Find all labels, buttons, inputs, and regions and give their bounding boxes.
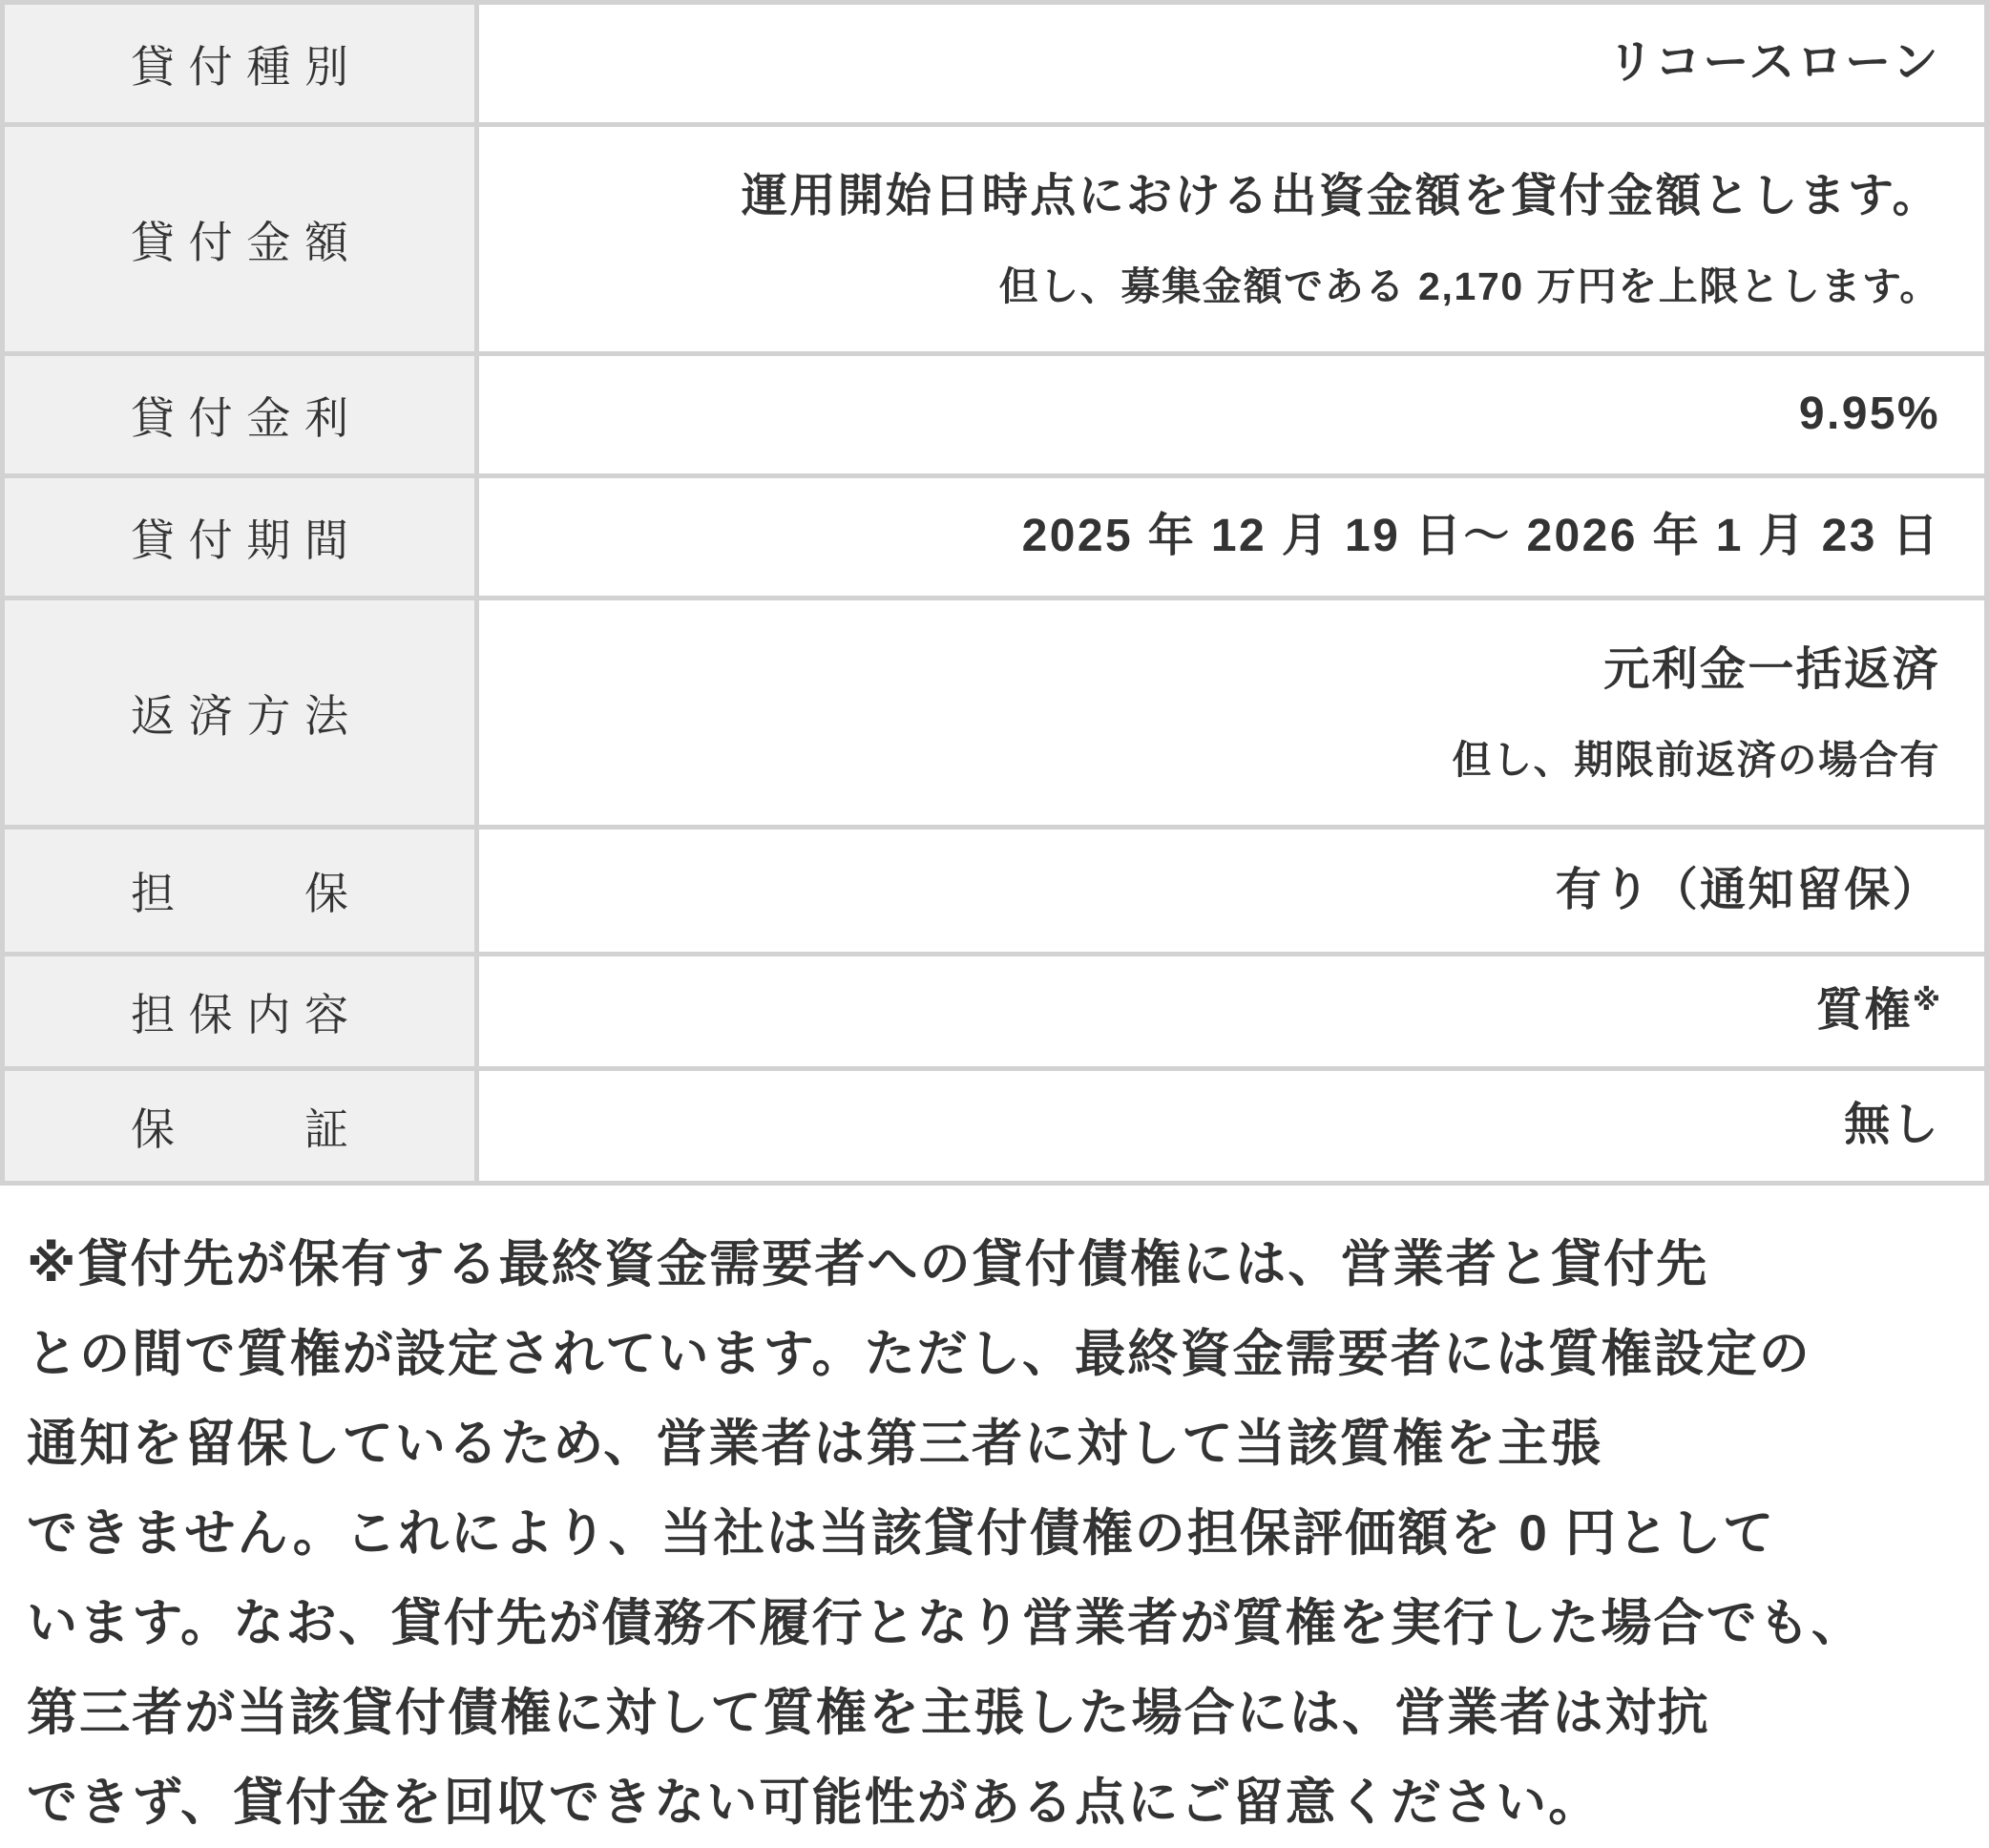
table-row: 担保内容 質権※ <box>3 955 1987 1069</box>
row-label-text: 貸付金利 <box>131 384 348 447</box>
row-label-text: 貸付種別 <box>131 32 348 95</box>
row-label-text: 保証 <box>131 1095 348 1158</box>
row-label-loan-period: 貸付期間 <box>3 476 477 598</box>
row-label-loan-type: 貸付種別 <box>3 3 477 125</box>
row-label-collateral: 担保 <box>3 828 477 955</box>
row-value-text: 無し <box>517 1090 1940 1161</box>
row-label-text: 担保内容 <box>131 980 348 1043</box>
row-label-guarantee: 保証 <box>3 1069 477 1184</box>
row-value-collateral: 有り（通知留保） <box>477 828 1987 955</box>
row-value-text: 質権※ <box>517 976 1940 1046</box>
loan-terms-page: 貸付種別 リコースローン 貸付金額 運用開始日時点における出資金額を貸付金額とし… <box>0 0 1989 1848</box>
table-row: 貸付金額 運用開始日時点における出資金額を貸付金額とします。 但し、募集金額であ… <box>3 125 1987 354</box>
row-value-collateral-detail: 質権※ <box>477 955 1987 1069</box>
footnote-reference-mark: ※ <box>1913 985 1940 1017</box>
row-value-text: 元利金一括返済 <box>517 635 1940 705</box>
row-value-text: 運用開始日時点における出資金額を貸付金額とします。 <box>517 161 1940 232</box>
collateral-detail-value: 質権 <box>1816 985 1913 1036</box>
row-label-interest-rate: 貸付金利 <box>3 354 477 476</box>
row-label-text: 貸付金額 <box>131 208 348 271</box>
row-value-repayment-method: 元利金一括返済 但し、期限前返済の場合有 <box>477 598 1987 828</box>
row-label-text: 貸付期間 <box>131 506 348 569</box>
row-value-note: 但し、募集金額である 2,170 万円を上限とします。 <box>517 257 1940 318</box>
row-label-text: 返済方法 <box>131 682 348 745</box>
table-row: 保証 無し <box>3 1069 1987 1184</box>
row-label-collateral-detail: 担保内容 <box>3 955 477 1069</box>
table-row: 担保 有り（通知留保） <box>3 828 1987 955</box>
row-value-text: リコースローン <box>517 28 1940 98</box>
row-value-text: 有り（通知留保） <box>517 855 1940 926</box>
loan-terms-table: 貸付種別 リコースローン 貸付金額 運用開始日時点における出資金額を貸付金額とし… <box>0 0 1989 1186</box>
table-row: 貸付期間 2025 年 12 月 19 日～ 2026 年 1 月 23 日 <box>3 476 1987 598</box>
row-value-note: 但し、期限前返済の場合有 <box>517 730 1940 791</box>
row-label-text: 担保 <box>131 859 348 922</box>
row-label-repayment-method: 返済方法 <box>3 598 477 828</box>
row-value-guarantee: 無し <box>477 1069 1987 1184</box>
pledge-footnote: ※貸付先が保有する最終資金需要者への貸付債権には、営業者と貸付先 との間で質権が… <box>27 1220 1960 1848</box>
table-row: 貸付種別 リコースローン <box>3 3 1987 125</box>
row-label-loan-amount: 貸付金額 <box>3 125 477 354</box>
table-row: 返済方法 元利金一括返済 但し、期限前返済の場合有 <box>3 598 1987 828</box>
table-row: 貸付金利 9.95% <box>3 354 1987 476</box>
row-value-interest-rate: 9.95% <box>477 354 1987 476</box>
row-value-loan-type: リコースローン <box>477 3 1987 125</box>
row-value-loan-amount: 運用開始日時点における出資金額を貸付金額とします。 但し、募集金額である 2,1… <box>477 125 1987 354</box>
row-value-loan-period: 2025 年 12 月 19 日～ 2026 年 1 月 23 日 <box>477 476 1987 598</box>
row-value-text: 2025 年 12 月 19 日～ 2026 年 1 月 23 日 <box>517 501 1940 572</box>
row-value-text: 9.95% <box>517 379 1940 450</box>
